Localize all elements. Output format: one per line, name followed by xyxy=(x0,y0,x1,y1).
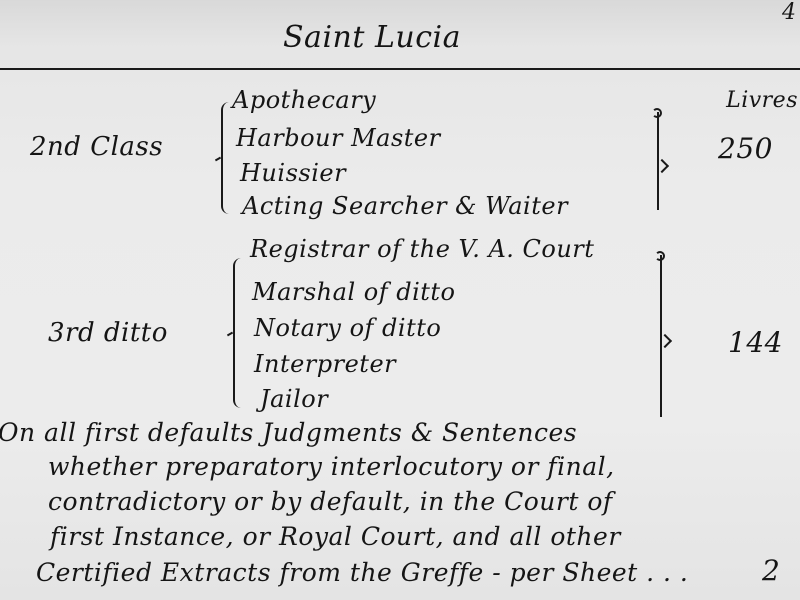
office-item: Huissier xyxy=(240,159,346,187)
left-brace xyxy=(233,258,243,408)
left-brace xyxy=(221,102,231,214)
right-brace xyxy=(653,112,659,210)
office-item: Harbour Master xyxy=(236,124,441,152)
office-item: Acting Searcher & Waiter xyxy=(242,192,568,220)
class-label: 2nd Class xyxy=(30,132,163,162)
paragraph-line: first Instance, or Royal Court, and all … xyxy=(50,522,621,551)
office-item: Interpreter xyxy=(254,350,396,378)
column-header-livres: Livres xyxy=(726,88,798,113)
page-title: Saint Lucia xyxy=(283,20,461,55)
paragraph-line: Certified Extracts from the Greffe - per… xyxy=(36,558,688,587)
paragraph-line: whether preparatory interlocutory or fin… xyxy=(48,452,615,481)
amount: 144 xyxy=(728,326,783,359)
paragraph-line: contradictory or by default, in the Cour… xyxy=(48,487,613,516)
amount: 2 xyxy=(762,554,780,587)
paragraph-line: On all first defaults Judgments & Senten… xyxy=(0,418,577,447)
office-item: Apothecary xyxy=(232,86,376,114)
office-item: Jailor xyxy=(260,385,328,413)
page-number: 4 xyxy=(782,0,796,25)
amount: 250 xyxy=(718,132,773,165)
office-item: Marshal of ditto xyxy=(252,278,455,306)
right-brace xyxy=(656,255,662,417)
class-label: 3rd ditto xyxy=(48,318,168,348)
header-rule xyxy=(0,68,800,70)
office-item: Notary of ditto xyxy=(254,314,441,342)
office-item: Registrar of the V. A. Court xyxy=(250,235,594,263)
